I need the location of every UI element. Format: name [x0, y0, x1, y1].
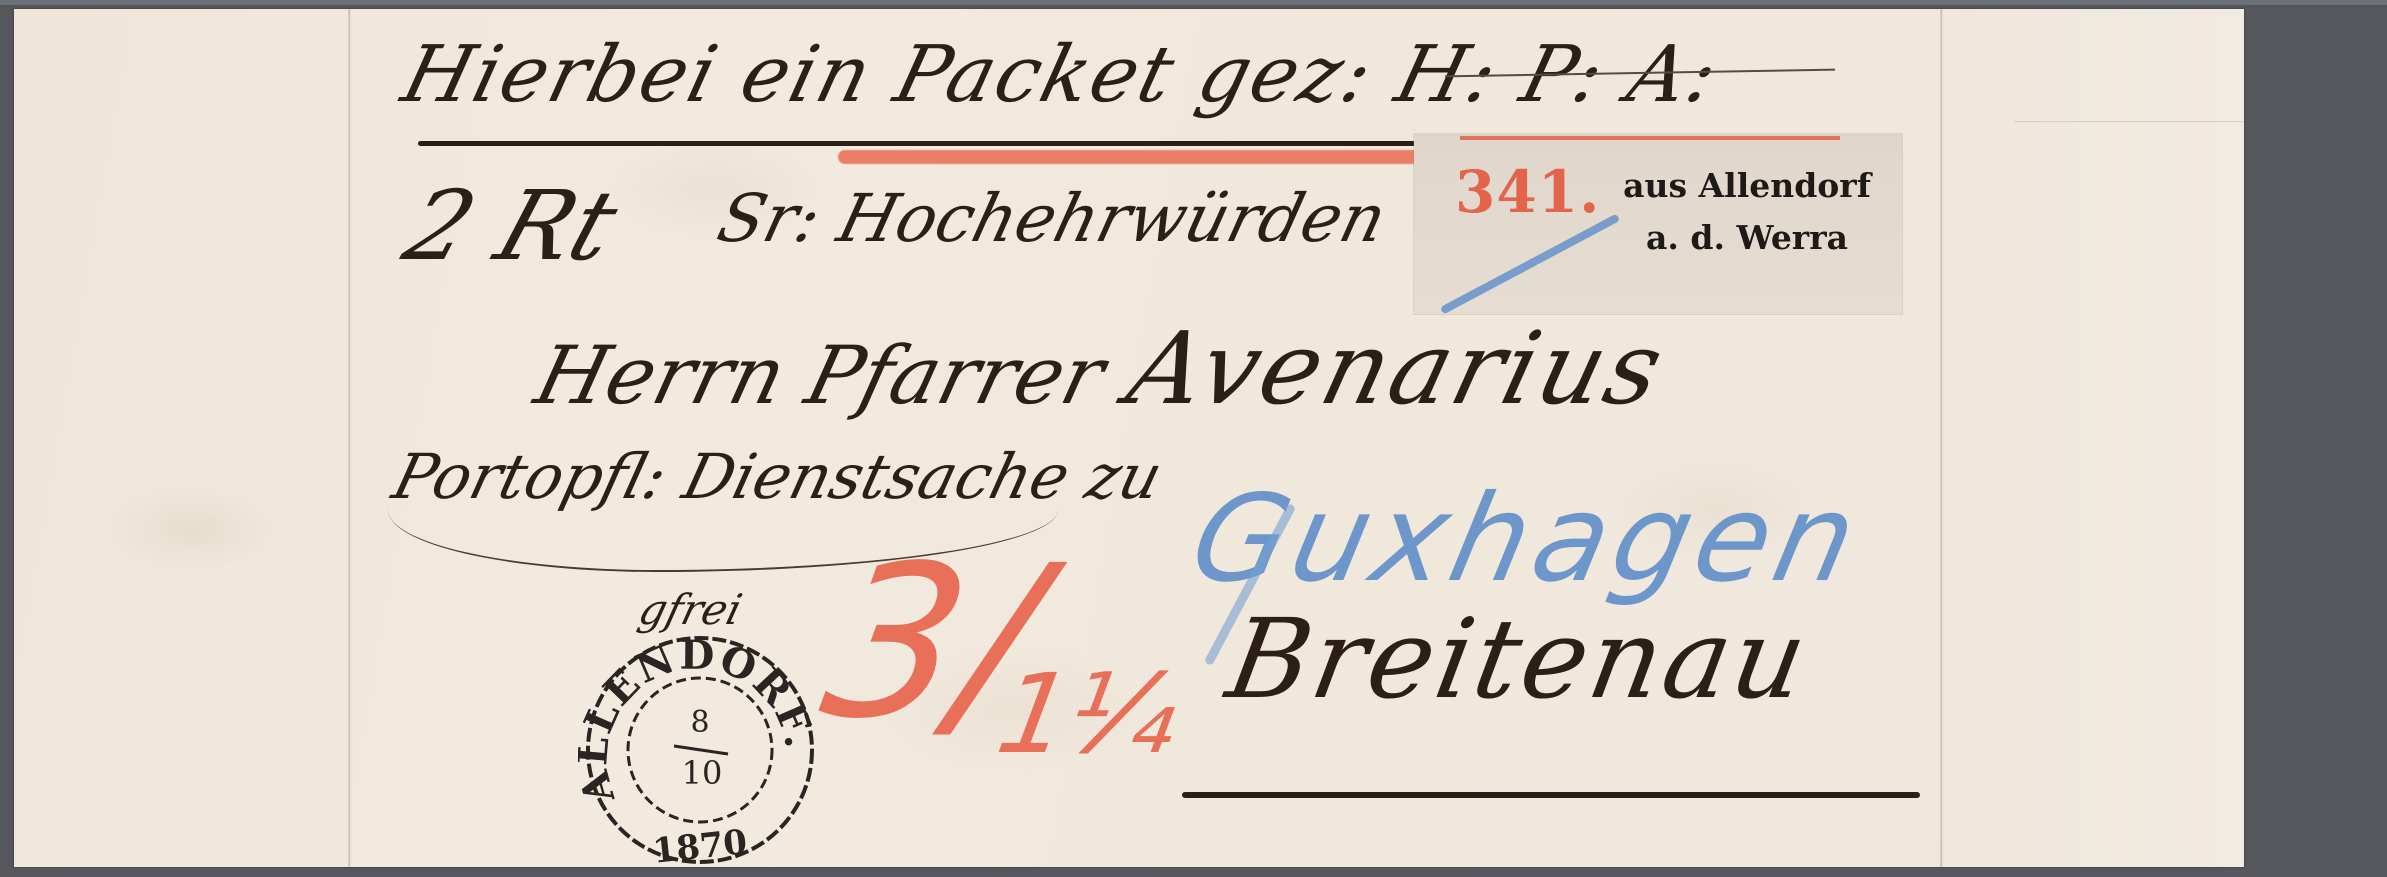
amount-note: 2 Rt — [392, 170, 631, 282]
registration-origin: aus Allendorf a. d. Werra — [1602, 160, 1892, 264]
fold-line-right — [1940, 9, 1943, 867]
registration-number: 341. — [1455, 158, 1600, 226]
blue-pencil-destination: Guxhagen — [1180, 470, 1873, 609]
top-frame-edge — [0, 0, 2387, 5]
svg-text:8: 8 — [690, 705, 709, 740]
red-underline — [838, 150, 1438, 164]
addressee: Herrn PfarrerAvenarius — [525, 310, 1676, 427]
fold-line-horizontal — [2014, 121, 2244, 123]
svg-text:10: 10 — [682, 754, 723, 792]
svg-text:1870: 1870 — [651, 822, 749, 872]
addressee-name: Avenarius — [1117, 310, 1677, 427]
honorific: Sr: Hochehrwürden — [710, 180, 1393, 257]
origin-line-1: aus Allendorf — [1602, 160, 1892, 212]
addressee-prefix: Herrn Pfarrer — [527, 329, 1114, 422]
header-underline — [418, 141, 1418, 146]
destination: Breitenau — [1219, 595, 1819, 723]
right-flap — [1956, 9, 2244, 867]
origin-line-2: a. d. Werra — [1602, 212, 1892, 264]
circular-datestamp: ALLENDORF. 8 10 1870 — [578, 628, 822, 872]
postmark-icon: ALLENDORF. 8 10 1870 — [578, 628, 822, 872]
red-rate-fraction: 1¼ — [989, 650, 1188, 778]
fold-line-left — [348, 9, 351, 867]
destination-underline — [1182, 792, 1920, 798]
label-red-rule — [1460, 136, 1840, 140]
service-note: Portopfl: Dienstsache zu — [386, 440, 1170, 513]
franking-note: gfrei — [634, 585, 747, 634]
